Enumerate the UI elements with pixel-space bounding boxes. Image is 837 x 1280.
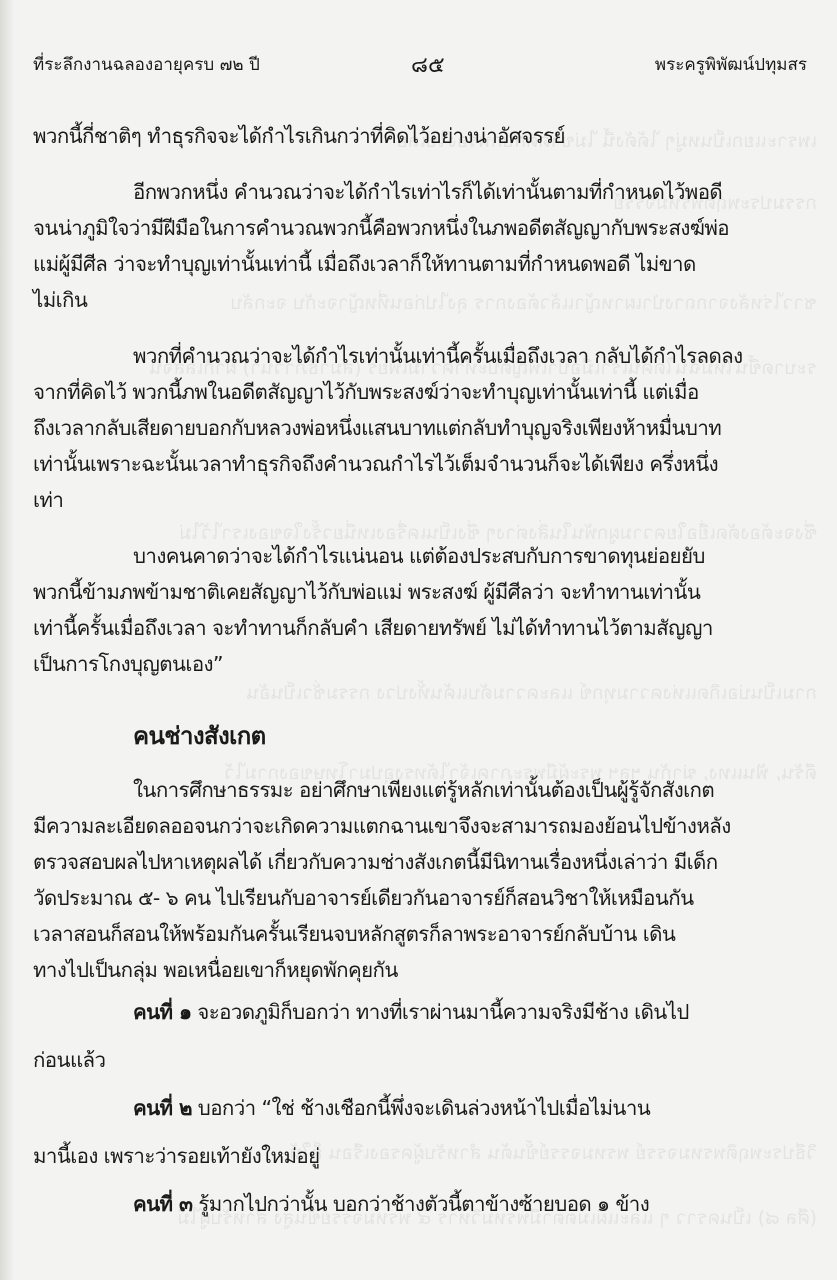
running-header: ที่ระลึกงานฉลองอายุครบ ๗๒ ปี ๘๕ พระครูพิ… [33, 45, 807, 77]
paragraph-line: วัดประมาณ ๕- ๖ คน ไปเรียนกับอาจารย์เดียว… [33, 880, 805, 916]
paragraph-line: เวลาสอนก็สอนให้พร้อมกันครั้นเรียนจบหลักส… [33, 916, 805, 952]
paragraph-line: แม่ผู้มีศีล ว่าจะทำบุญเท่านั้นเท่านี้ เม… [33, 246, 805, 282]
paragraph-line: เป็นการโกงบุญตนเอง” [33, 646, 805, 682]
paragraph-line: ไม่เกิน [33, 282, 805, 318]
page-body: พวกนี้กี่ชาติๆ ทำธุรกิจจะได้กำไรเกินกว่า… [33, 118, 805, 1228]
paragraph-line: มีความละเอียดลออจนกว่าจะเกิดความแตกฉานเข… [33, 808, 805, 844]
paragraph-line: พวกที่คำนวณว่าจะได้กำไรเท่านั้นเท่านี้คร… [33, 338, 805, 374]
paragraph-line: เท่านี้ครั้นเมื่อถึงเวลา จะทำทานก็กลับคำ… [33, 610, 805, 646]
paragraph-line: ถึงเวลากลับเสียดายบอกกับหลวงพ่อหนึ่งแสนบ… [33, 410, 805, 446]
header-author: พระครูพิพัฒน์ปทุมสร [655, 51, 807, 78]
paragraph-line: จนน่าภูมิใจว่ามีฝีมือในการคำนวณพวกนี้คือ… [33, 210, 805, 246]
speaker-label: คนที่ ๒ [133, 1096, 192, 1120]
page-gutter-shade [0, 0, 14, 1280]
paragraph-line: บางคนคาดว่าจะได้กำไรแน่นอน แต่ต้องประสบก… [33, 538, 805, 574]
paragraph-line: ทางไปเป็นกลุ่ม พอเหนื่อยเขาก็หยุดพักคุยก… [33, 952, 805, 988]
speaker-label: คนที่ ๓ [133, 1192, 192, 1216]
paragraph-line: เท่านั้นเพราะฉะนั้นเวลาทำธุรกิจถึงคำนวณก… [33, 446, 805, 482]
dialog-text: จะอวดภูมิก็บอกว่า ทางที่เราผ่านมานี้ความ… [191, 1000, 688, 1024]
paragraph-line: เท่า [33, 482, 805, 518]
paragraph-line: อีกพวกหนึ่ง คำนวณว่าจะได้กำไรเท่าไรก็ได้… [33, 174, 805, 210]
dialog-line-person-2: คนที่ ๒ บอกว่า “ใช่ ช้างเชือกนี้พึ่งจะเด… [33, 1084, 805, 1132]
paragraph-line: ในการศึกษาธรรมะ อย่าศึกษาเพียงแต่รู้หลัก… [33, 772, 805, 808]
paragraph-line: ตรวจสอบผลไปหาเหตุผลได้ เกี่ยวกับความช่าง… [33, 844, 805, 880]
paragraph-line: จากที่คิดไว้ พวกนี้ภพในอดีตสัญญาไว้กับพร… [33, 374, 805, 410]
speaker-label: คนที่ ๑ [133, 1000, 191, 1024]
dialog-line-person-3: คนที่ ๓ รู้มากไปกว่านั้น บอกว่าช้างตัวนี… [33, 1180, 805, 1228]
paragraph-line: ก่อนแล้ว [33, 1036, 805, 1084]
paragraph-line: มานี้เอง เพราะว่ารอยเท้ายังใหม่อยู่ [33, 1132, 805, 1180]
dialog-text: บอกว่า “ใช่ ช้างเชือกนี้พึ่งจะเดินล่วงหน… [192, 1096, 650, 1120]
paragraph-line: พวกนี้ข้ามภพข้ามชาติเคยสัญญาไว้กับพ่อแม่… [33, 574, 805, 610]
dialog-text: รู้มากไปกว่านั้น บอกว่าช้างตัวนี้ตาข้างซ… [192, 1192, 649, 1216]
header-book-title: ที่ระลึกงานฉลองอายุครบ ๗๒ ปี [33, 51, 260, 78]
section-heading: คนช่างสังเกต [33, 712, 805, 760]
paragraph-line: พวกนี้กี่ชาติๆ ทำธุรกิจจะได้กำไรเกินกว่า… [33, 118, 805, 154]
page-number: ๘๕ [411, 47, 445, 82]
dialog-line-person-1: คนที่ ๑ จะอวดภูมิก็บอกว่า ทางที่เราผ่านม… [33, 988, 805, 1036]
